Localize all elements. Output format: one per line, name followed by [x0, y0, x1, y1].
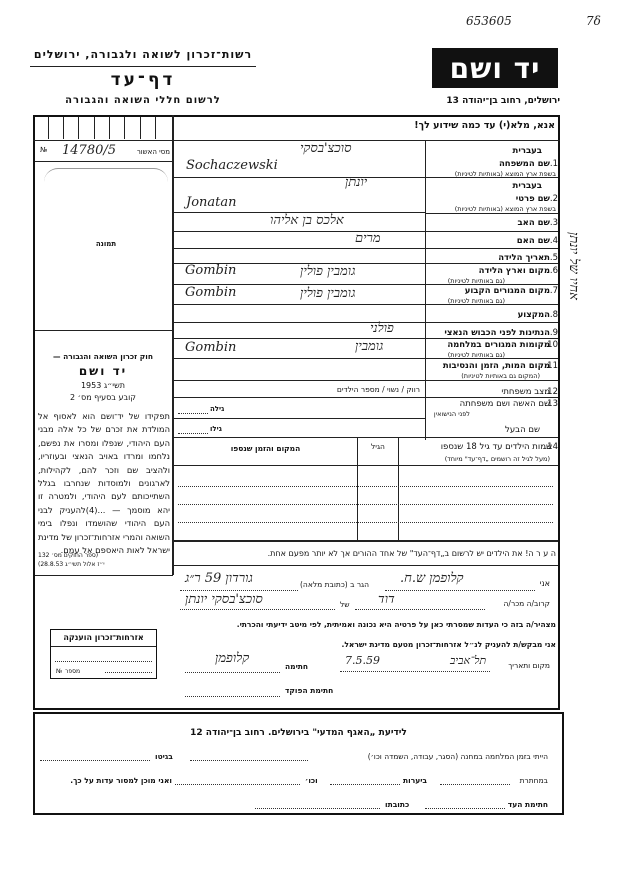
- first-name-hebrew-value[interactable]: יונתן: [345, 174, 367, 190]
- witness-address-value[interactable]: גורדון 59 ר״ג: [185, 570, 253, 586]
- citizenship-request: אני מבקש/ת להעניק לנ״ל אזרחות־זכרון מטעם…: [176, 640, 556, 649]
- photo-area: [44, 168, 168, 329]
- official-signature-line[interactable]: [185, 696, 280, 697]
- child-row-3[interactable]: [178, 522, 553, 523]
- forests-field[interactable]: [330, 784, 400, 785]
- wartime-residence-latin-value[interactable]: Gombin: [185, 340, 236, 355]
- approval-no-value[interactable]: 14780/5: [62, 143, 116, 158]
- declaration-statement: מצהיר/ה בזה כי העדות שמסרתי כאן על פרטיה…: [176, 620, 556, 629]
- approval-no-label: מסי האשור: [118, 148, 170, 156]
- ghetto-field[interactable]: [40, 760, 150, 761]
- authority-name: רשות־זכרון לשואה ולגבורה, ירושלים: [30, 48, 256, 61]
- surname-hebrew-value[interactable]: סוכצ'בסקי: [300, 140, 352, 156]
- marital-status-options[interactable]: רווק / נשוי / מספר הילדים: [230, 385, 420, 394]
- age-header: הגיל: [358, 442, 398, 451]
- residence-latin-value[interactable]: Gombin: [185, 285, 236, 300]
- yad-vashem-logo: יד ושם: [432, 48, 558, 88]
- photo-label: תמונה: [44, 240, 168, 248]
- child-row-1[interactable]: [178, 486, 553, 487]
- witness-signature-field[interactable]: [425, 808, 505, 809]
- nationality-value[interactable]: פולני: [370, 320, 394, 336]
- address: ירושלים, רחוב בן־יהודה 13: [446, 96, 560, 106]
- law-text: תפקידו של יד־ושם הוא לאסוף אל המולדת את …: [38, 410, 170, 557]
- intro-text: אנא, מלא(י) עד כמה שידוע לך!: [175, 120, 555, 131]
- etc-field[interactable]: [175, 784, 300, 785]
- mother-name-value[interactable]: מרים: [355, 230, 381, 246]
- birth-place-hebrew-value[interactable]: גומבין פולין: [300, 263, 355, 279]
- witness-signature[interactable]: קלופמן: [215, 650, 249, 666]
- date-value[interactable]: 7.5.59: [345, 654, 380, 667]
- form-subtitle: לרשום חללי השואה והגבורה: [30, 95, 256, 106]
- place-value[interactable]: תל־אביב: [450, 654, 486, 667]
- margin-note: אחיו של יונתן: [565, 140, 581, 300]
- page-number-annotation: 7δ: [586, 14, 601, 28]
- footer-title: לידיעת „האגף המדעי" בירושלים. רחוב בן־יה…: [33, 728, 564, 738]
- citizenship-number-field[interactable]: [105, 672, 152, 673]
- witness-name-value[interactable]: קלופמן ש.ח.: [400, 570, 464, 586]
- victim-reference-value[interactable]: סוכצ'בסקי יונתן: [185, 591, 263, 607]
- underground-field[interactable]: [440, 784, 510, 785]
- surname-latin-value[interactable]: Sochaczewski: [186, 158, 278, 173]
- father-name-value[interactable]: אלכס בן אליהו: [270, 212, 344, 228]
- camp-field[interactable]: [190, 760, 308, 761]
- residence-hebrew-value[interactable]: גומבין פולין: [300, 285, 355, 301]
- place-time-header: המקום והזמן שנספו: [174, 444, 357, 453]
- first-name-latin-value[interactable]: Jonatan: [186, 195, 237, 210]
- children-note: ה ע ר ה! את הילדים יש לרשום ב„דף־העד" של…: [176, 549, 556, 558]
- birth-place-latin-value[interactable]: Gombin: [185, 263, 236, 278]
- wartime-residence-hebrew-value[interactable]: גומבין: [355, 338, 383, 354]
- archive-number-annotation: 653605: [466, 14, 512, 28]
- form-title: דף־עד: [30, 70, 256, 90]
- child-row-2[interactable]: [178, 504, 553, 505]
- approval-no-prefix: №: [40, 146, 47, 154]
- witness-address-field[interactable]: [255, 808, 380, 809]
- relation-value[interactable]: דוד: [378, 591, 395, 607]
